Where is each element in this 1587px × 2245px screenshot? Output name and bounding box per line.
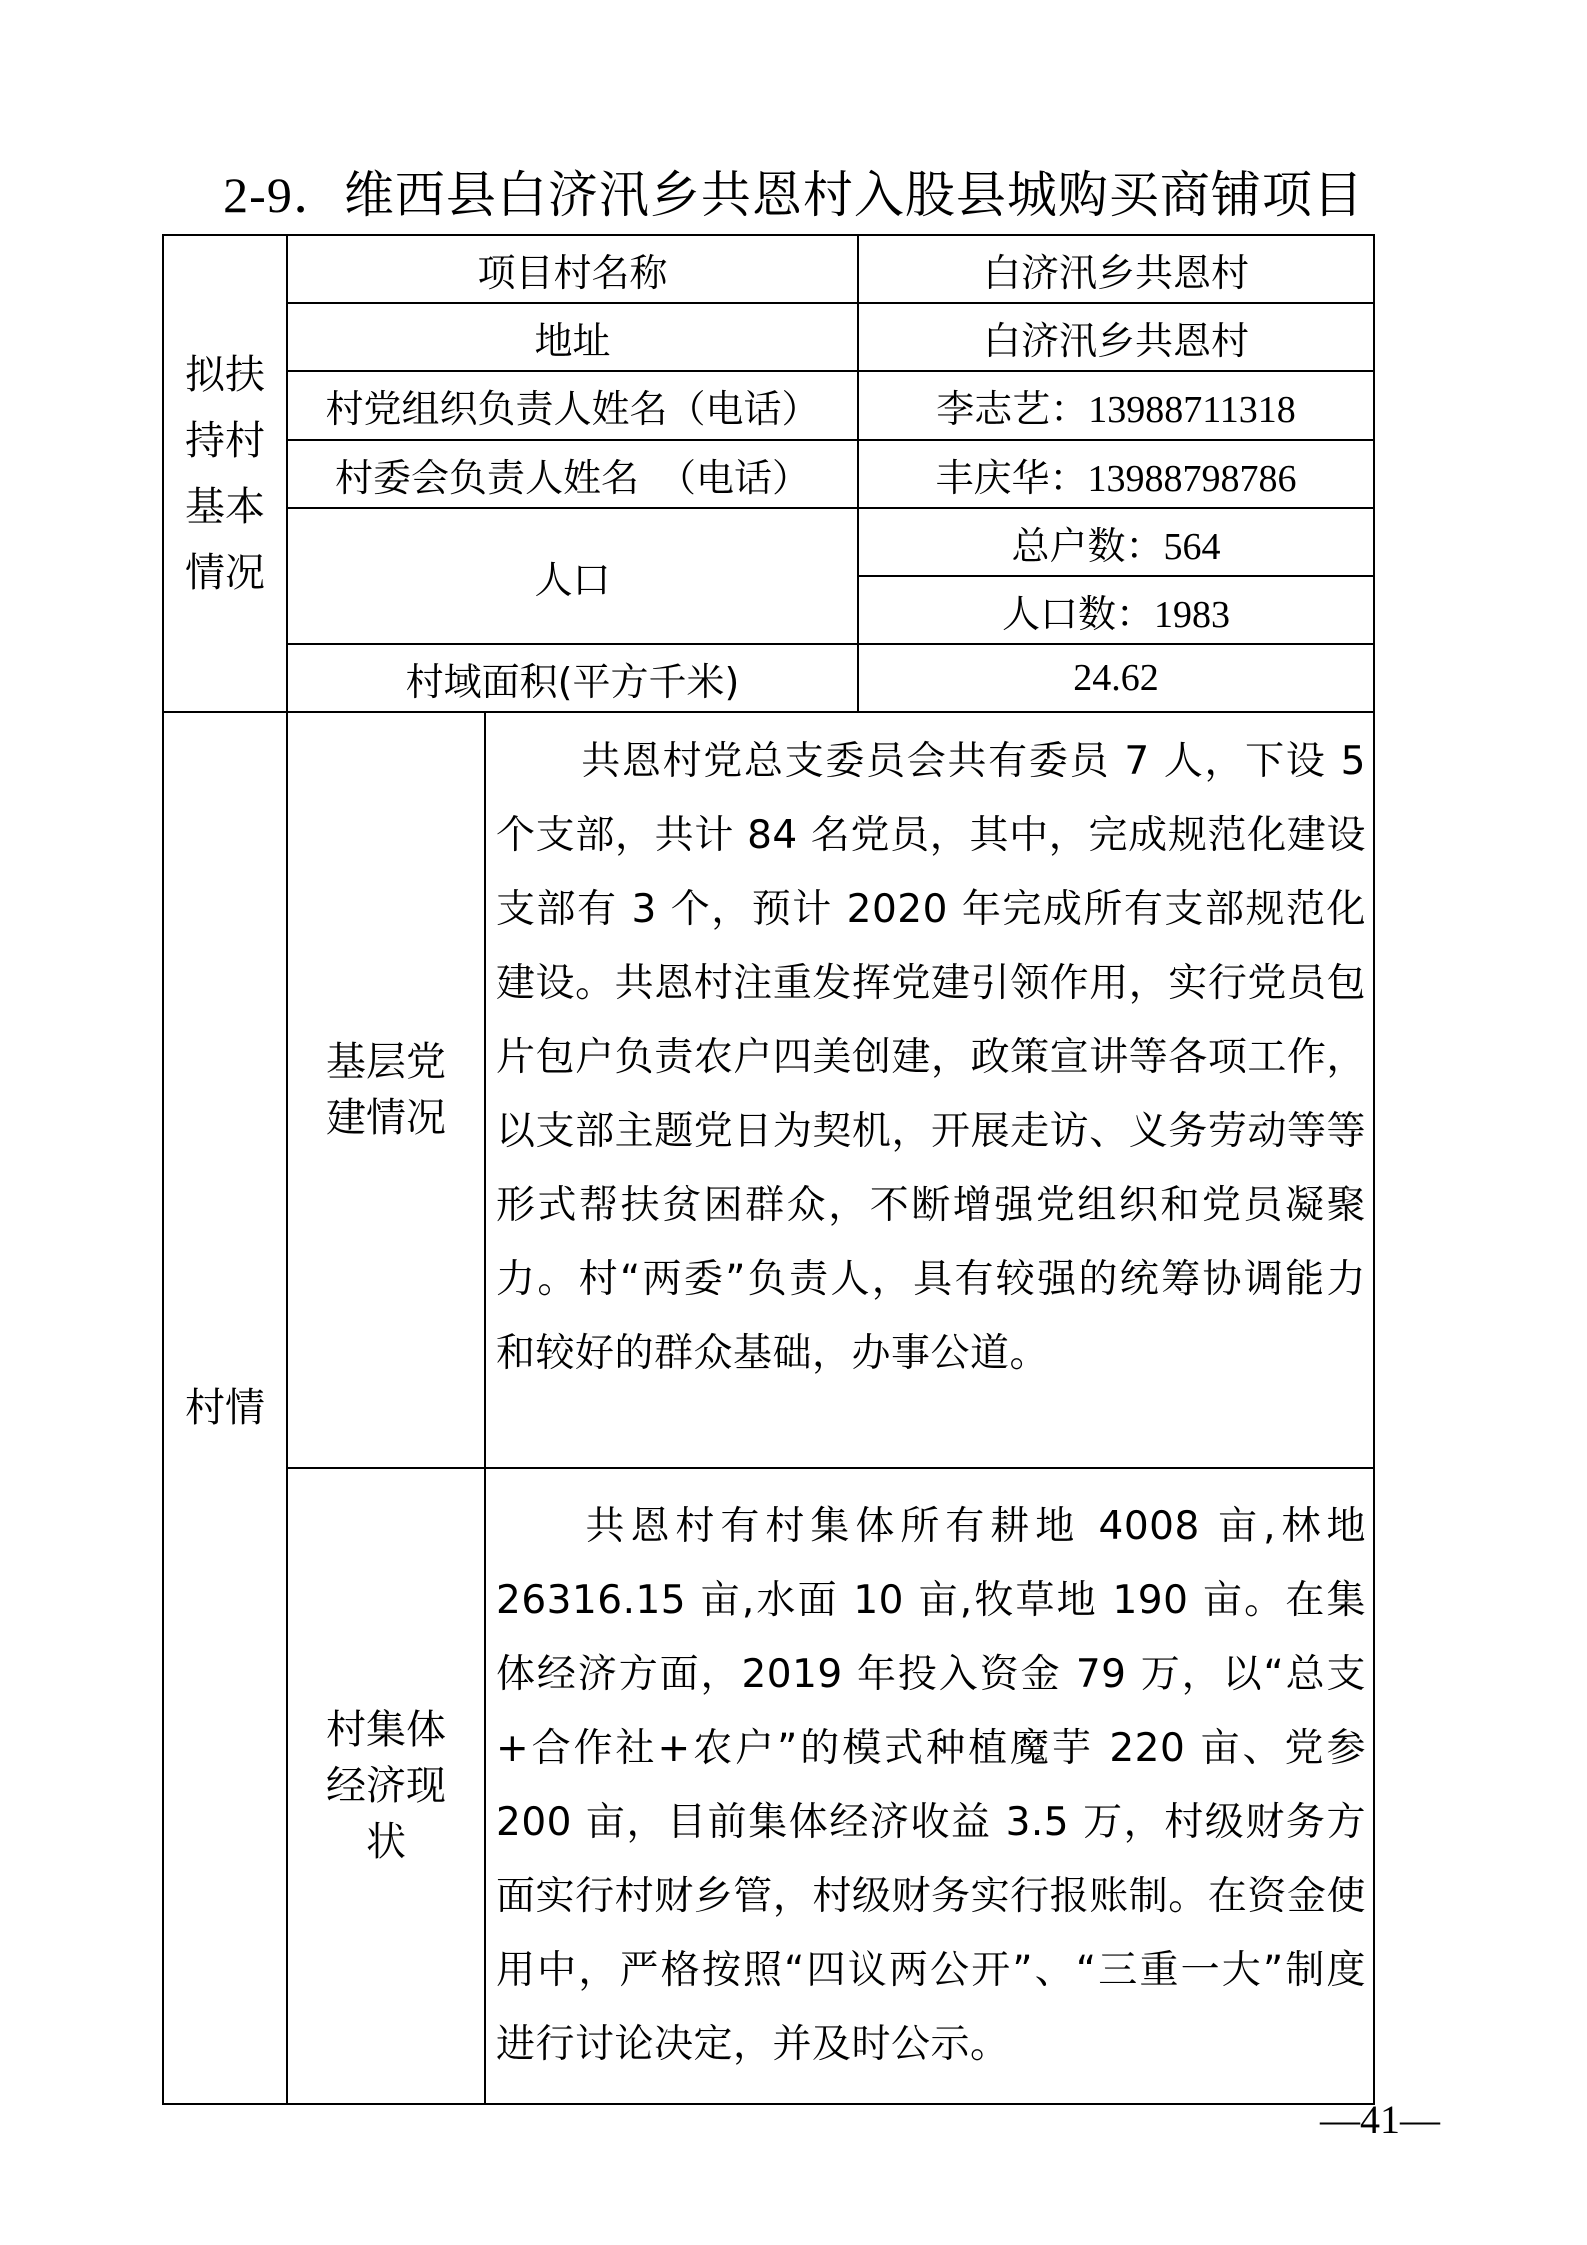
village-name-label: 项目村名称 (288, 236, 857, 302)
page-number: —41— (1320, 2096, 1440, 2143)
party-building-label: 基层党 建情况 (288, 713, 484, 1467)
population-label: 人口 (288, 509, 857, 643)
collective-economy-label: 村集体 经济现 状 (288, 1469, 484, 2103)
label-line: 基本 (185, 474, 265, 540)
page-title: 2-9．维西县白济汛乡共恩村入股县城购买商铺项目 (0, 160, 1587, 230)
party-building-text: 共恩村党总支委员会共有委员 7 人，下设 5 个支部，共计 84 名党员，其中，… (496, 725, 1366, 1391)
label-line: 持村 (185, 408, 265, 474)
paragraph: 共恩村有村集体所有耕地 4008 亩,林地 26316.15 亩,水面 10 亩… (496, 1504, 1366, 2067)
households-value: 总户数：564 (859, 509, 1373, 575)
text-col-divider (484, 711, 486, 2105)
committee-leader-value: 丰庆华：13988798786 (859, 441, 1373, 507)
collective-economy-text: 共恩村有村集体所有耕地 4008 亩,林地 26316.15 亩,水面 10 亩… (496, 1490, 1366, 2082)
label-line: 村集体 (326, 1702, 446, 1758)
area-value: 24.62 (859, 645, 1373, 711)
address-label: 地址 (288, 304, 857, 370)
title-text: 维西县白济汛乡共恩村入股县城购买商铺项目 (344, 166, 1364, 224)
village-situation-label: 村情 (164, 713, 286, 2103)
label-line: 建情况 (326, 1090, 446, 1146)
label-text: 村情 (185, 1375, 265, 1441)
address-value: 白济汛乡共恩村 (859, 304, 1373, 370)
people-value: 人口数：1983 (859, 577, 1373, 643)
area-label: 村域面积(平方千米) (288, 645, 857, 711)
label-line: 状 (366, 1814, 406, 1870)
paragraph: 共恩村党总支委员会共有委员 7 人，下设 5 个支部，共计 84 名党员，其中，… (496, 739, 1366, 1376)
label-line: 基层党 (326, 1034, 446, 1090)
party-leader-label: 村党组织负责人姓名（电话） (288, 372, 857, 439)
label-line: 经济现 (326, 1758, 446, 1814)
village-name-value: 白济汛乡共恩村 (859, 236, 1373, 302)
label-line: 拟扶 (185, 342, 265, 408)
basic-info-section-label: 拟扶 持村 基本 情况 (164, 236, 286, 711)
committee-leader-label: 村委会负责人姓名 （电话） (288, 441, 857, 507)
title-number: 2-9． (223, 167, 344, 223)
party-leader-value: 李志艺：13988711318 (859, 372, 1373, 439)
label-line: 情况 (185, 540, 265, 606)
